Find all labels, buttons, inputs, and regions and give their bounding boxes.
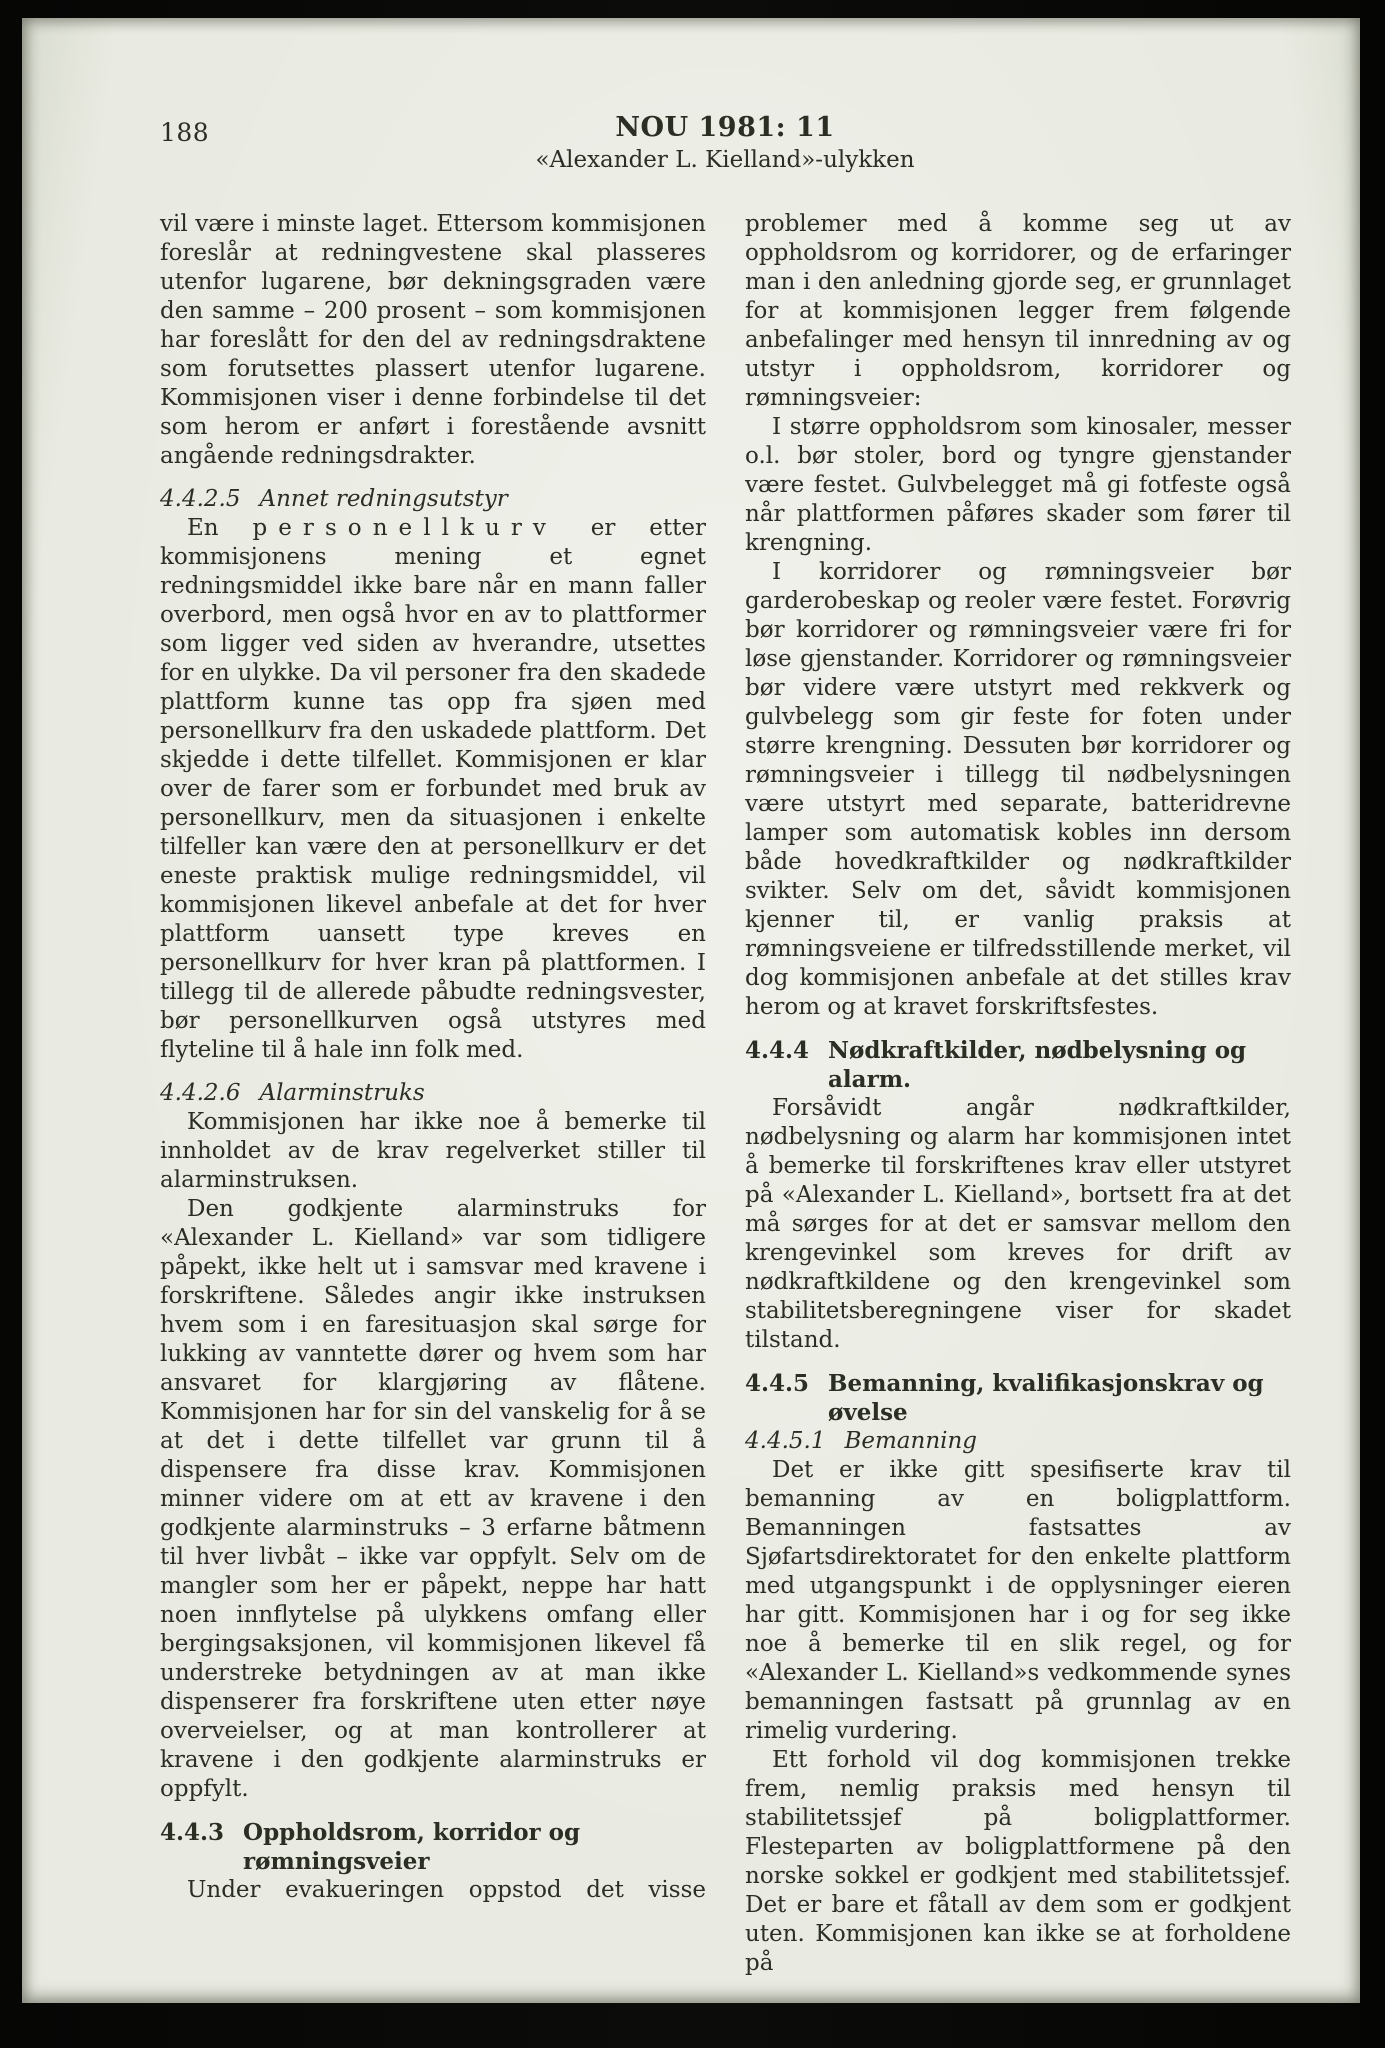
paragraph-rest: er etter kommisjonens mening et egnet re… [160, 515, 706, 1063]
section-heading-4-4-5: 4.4.5 Bemanning, kvalifikasjonskrav og ø… [745, 1369, 1291, 1427]
section-heading-4-4-4: 4.4.4 Nødkraftkilder, nødbelysning og al… [745, 1036, 1291, 1094]
spaced-word: personellkurv [253, 515, 557, 541]
paragraph: Det er ikke gitt spesifiserte krav til b… [745, 1456, 1291, 1746]
section-title: Oppholdsrom, korridor og rømningsveier [243, 1818, 706, 1876]
section-title: Bemanning [844, 1427, 1291, 1456]
right-column: problemer med å komme seg ut av oppholds… [745, 210, 1291, 1978]
left-column: vil være i minste laget. Ettersom kommis… [160, 210, 706, 1905]
section-heading-4-4-2-5: 4.4.2.5 Annet redningsutstyr [160, 485, 706, 514]
paragraph: I større oppholdsrom som kinosaler, mess… [745, 413, 1291, 558]
report-subtitle: «Alexander L. Kielland»-ulykken [160, 147, 1290, 175]
section-number: 4.4.2.5 [160, 485, 240, 514]
section-heading-4-4-3: 4.4.3 Oppholdsrom, korridor og rømningsv… [160, 1818, 706, 1876]
section-number: 4.4.5 [745, 1369, 809, 1427]
paragraph: Forsåvidt angår nødkraftkilder, nødbelys… [745, 1094, 1291, 1355]
section-title: Bemanning, kvalifikasjonskrav og øvelse [828, 1369, 1291, 1427]
section-title: Nødkraftkilder, nødbelysning og alarm. [828, 1036, 1291, 1094]
section-title: Alarminstruks [259, 1079, 706, 1108]
page-header: NOU 1981: 11 «Alexander L. Kielland»-uly… [160, 112, 1290, 175]
paragraph: Ett forhold vil dog kommisjonen trekke f… [745, 1746, 1291, 1978]
paragraph: I korridorer og rømningsveier bør garder… [745, 558, 1291, 1022]
document-scan: 188 NOU 1981: 11 «Alexander L. Kielland»… [0, 0, 1385, 2048]
paragraph: Kommisjonen har ikke noe å bemerke til i… [160, 1108, 706, 1195]
paragraph-continuation: vil være i minste laget. Ettersom kommis… [160, 210, 706, 471]
section-number: 4.4.3 [160, 1818, 224, 1876]
paragraph-personellkurv: En personellkurv er etter kommisjonens m… [160, 514, 706, 1065]
paragraph: Under evakueringen oppstod det visse [160, 1876, 706, 1905]
section-heading-4-4-5-1: 4.4.5.1 Bemanning [745, 1427, 1291, 1456]
section-number: 4.4.2.6 [160, 1079, 240, 1108]
paragraph-continuation: problemer med å komme seg ut av oppholds… [745, 210, 1291, 413]
section-number: 4.4.5.1 [745, 1427, 825, 1456]
section-number: 4.4.4 [745, 1036, 809, 1094]
paragraph-lead: En [187, 515, 219, 541]
section-heading-4-4-2-6: 4.4.2.6 Alarminstruks [160, 1079, 706, 1108]
report-title: NOU 1981: 11 [160, 112, 1290, 144]
section-title: Annet redningsutstyr [259, 485, 706, 514]
document-page: 188 NOU 1981: 11 «Alexander L. Kielland»… [22, 18, 1360, 2003]
paragraph: Den godkjente alarminstruks for «Alexand… [160, 1195, 706, 1804]
